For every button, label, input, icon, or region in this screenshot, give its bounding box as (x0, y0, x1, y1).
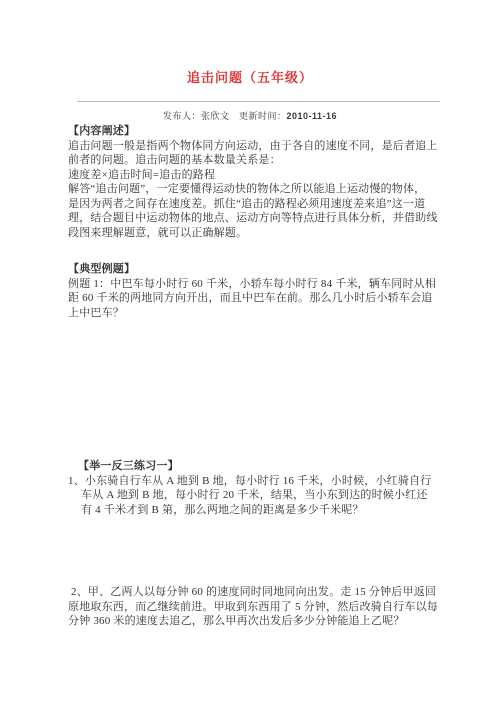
paragraph-line: 解答“追击问题”，一定要懂得运动快的物体之所以能追上运动慢的物体， (68, 182, 443, 197)
section-heading-content: 【内容阐述】 (68, 124, 443, 139)
section-heading-practice: 【举一反三练习一】 (68, 459, 443, 474)
paragraph-line: 前者的问题。追击问题的基本数量关系是： (68, 153, 443, 168)
example-line: 距 60 千米的两地同方向开出，而且中巴车在前。那么几小时后小轿车会追 (68, 291, 443, 306)
question1-line: 1、小东骑自行车从 A 地到 B 地，每小时行 16 千米，小时候，小红骑自行 (68, 474, 443, 489)
question1-line: 车从 A 地到 B 地，每小时行 20 千米，结果，当小东到达的时候小红还 (68, 488, 443, 503)
question1-line: 有 4 千米才到 B 第，那么两地之间的距离是多少千米呢？ (68, 503, 443, 518)
paragraph-line: 是因为两者之间存在速度差。抓住“追击的路程必须用速度差来追”这一道 (68, 197, 443, 212)
byline-text: 发布人：张欣文 更新时间： (163, 111, 287, 121)
page-title: 追击问题（五年级） (0, 67, 500, 86)
paragraph-line: 追击问题一般是指两个物体同方向运动，由于各自的速度不同，是后者追上 (68, 139, 443, 154)
byline: 发布人：张欣文 更新时间：2010-11-16 (0, 109, 500, 122)
example-line: 例题 1：中巴车每小时行 60 千米，小轿车每小时行 84 千米，辆车同时从相 (68, 277, 443, 292)
paragraph-line: 段图来理解题意，就可以正确解题。 (68, 226, 443, 241)
question2-line: 原地取东西，而乙继续前进。甲取到东西用了 5 分钟，然后改骑自行车以每 (68, 600, 443, 615)
example-line: 上中巴车？ (68, 306, 443, 321)
question2-line: 分钟 360 米的速度去追乙，那么甲再次出发后多少分钟能追上乙呢？ (68, 614, 443, 629)
divider (77, 101, 440, 102)
paragraph-line: 速度差×追击时间=追击的路程 (68, 168, 443, 183)
section-heading-example: 【典型例题】 (68, 262, 443, 277)
question2-line: 2、甲、乙两人以每分钟 60 的速度同时同地同向出发。走 15 分钟后甲返回 (68, 585, 443, 600)
document-page: 追击问题（五年级） 发布人：张欣文 更新时间：2010-11-16 【内容阐述】… (0, 0, 500, 708)
paragraph-line: 理，结合题目中运动物体的地点、运动方向等特点进行具体分析，并借助线 (68, 211, 443, 226)
byline-date: 2010-11-16 (286, 111, 337, 121)
document-body: 【内容阐述】 追击问题一般是指两个物体同方向运动，由于各自的速度不同，是后者追上… (68, 124, 443, 629)
